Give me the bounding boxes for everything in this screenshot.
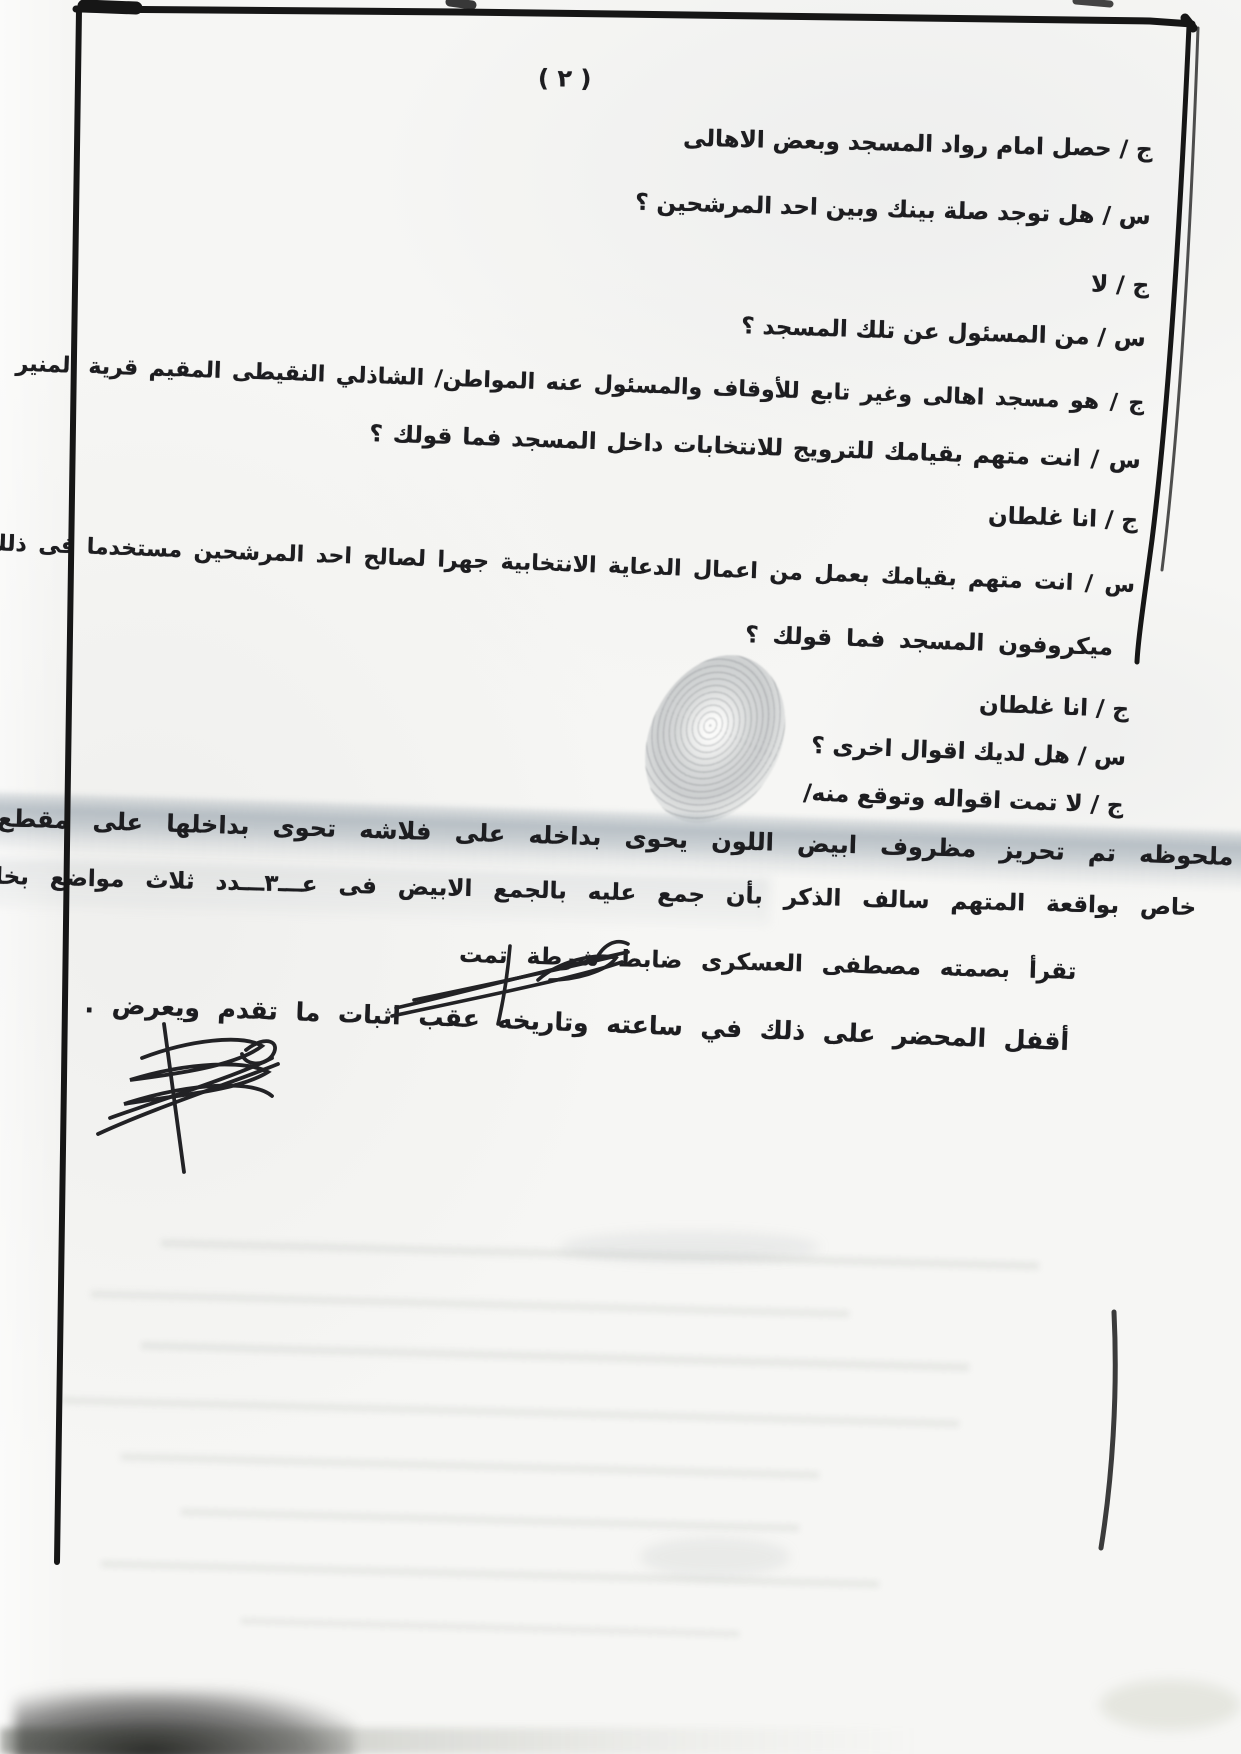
scan-shadow-bottom-strip — [0, 1728, 920, 1754]
qa-line-question-continuation: ميكروفون المسجد فما قولك ؟ — [745, 621, 1114, 663]
qa-line-question: س / انت متهم بقيامك بعمل من اعمال الدعاي… — [0, 530, 1136, 600]
qa-line-answer: ج / هو مسجد اهالى وغير تابع للأوقاف والم… — [15, 351, 1145, 418]
qa-line-answer: ج / انا غلطان — [988, 502, 1139, 536]
qa-line-question: س / هل توجد صلة بينك وبين احد المرشحين ؟ — [635, 189, 1151, 232]
page-edge-crease — [1101, 1312, 1115, 1548]
top-edge-notch — [450, 2, 472, 5]
qa-line-answer: ج / انا غلطان — [979, 691, 1130, 725]
top-edge-mark — [1076, 1, 1110, 4]
closing-signature — [84, 1018, 296, 1176]
qa-line-answer: ج / لا تمت اقواله وتوقع منه/ — [802, 779, 1123, 821]
page-number: ( ٢ ) — [537, 63, 591, 94]
qa-line-answer: ج / حصل امام رواد المسجد وبعض الاهالى — [683, 125, 1153, 165]
qa-line-question: س / من المسئول عن تلك المسجد ؟ — [741, 312, 1146, 353]
top-border-thick-blob — [84, 6, 136, 8]
officer-signature — [386, 936, 638, 1030]
qa-line-answer: ج / لا — [1090, 270, 1149, 300]
scanned-police-report-page: ( ٢ ) ج / حصل امام رواد المسجد وبعض الاه… — [0, 0, 1241, 1754]
qa-line-question: س / انت متهم بقيامك للترويج للانتخابات د… — [369, 420, 1141, 476]
top-border-line — [76, 9, 1192, 24]
qa-line-question: س / هل لديك اقوال اخرى ؟ — [811, 732, 1127, 773]
top-right-corner — [1185, 18, 1193, 28]
right-border-line-outer — [1162, 28, 1198, 570]
